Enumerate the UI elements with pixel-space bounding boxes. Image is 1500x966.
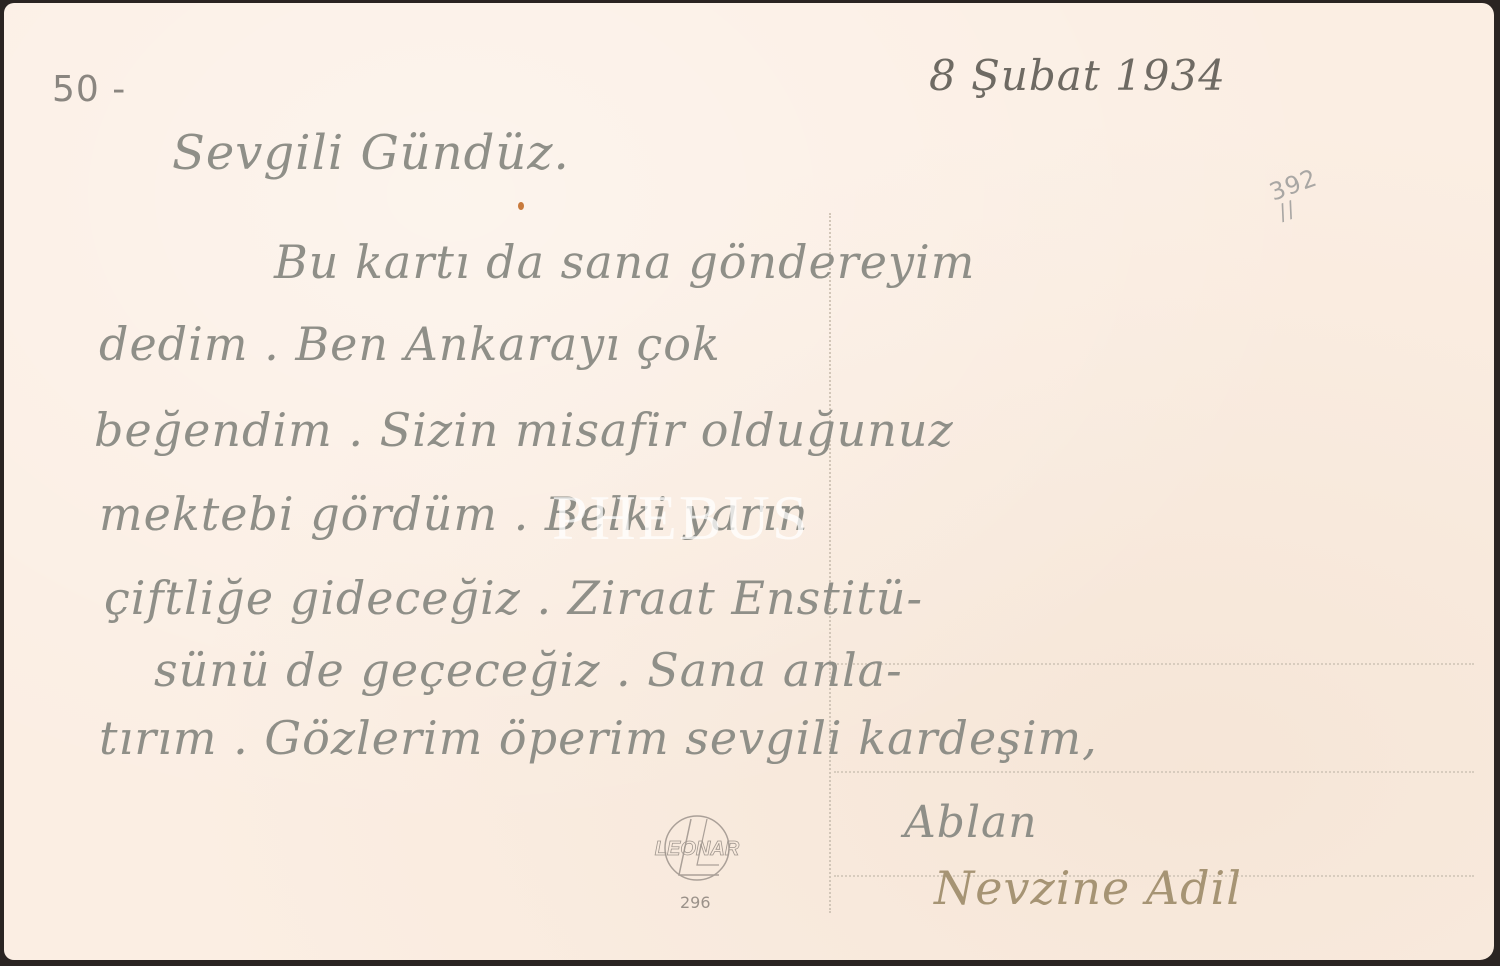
publisher-number: 296 [680, 893, 711, 912]
body-line-7: tırım . Gözlerim öperim sevgili kardeşim… [99, 715, 1098, 761]
body-line-3: beğendim . Sizin misafir olduğunuz [94, 407, 954, 453]
greeting: Sevgili Gündüz. [172, 129, 570, 177]
date: 8 Şubat 1934 [929, 51, 1226, 100]
postcard-back: 50 - 8 Şubat 1934 392 // Sevgili Gündüz.… [4, 3, 1494, 960]
signature-name: Nevzine Adil [934, 865, 1242, 911]
rust-stain [518, 202, 524, 210]
signature-ablan: Ablan [904, 801, 1038, 845]
body-line-6: sünü de geçeceğiz . Sana anla- [154, 647, 903, 693]
catalog-mark: 392 [1266, 163, 1321, 206]
address-line-1 [834, 663, 1474, 665]
body-line-1: Bu kartı da sana göndereyim [274, 239, 975, 285]
svg-text:LEONAR: LEONAR [655, 838, 740, 860]
catalog-mark-slashes: // [1275, 197, 1299, 226]
vertical-dotted-divider [829, 213, 831, 913]
archive-number: 50 - [52, 69, 126, 110]
watermark: PHEBUS [552, 481, 809, 555]
publisher-logo-icon: LEONAR [649, 813, 745, 883]
address-line-2 [834, 771, 1474, 773]
body-line-2: dedim . Ben Ankarayı çok [99, 321, 721, 367]
body-line-5: çiftliğe gideceğiz . Ziraat Enstitü- [104, 575, 923, 621]
